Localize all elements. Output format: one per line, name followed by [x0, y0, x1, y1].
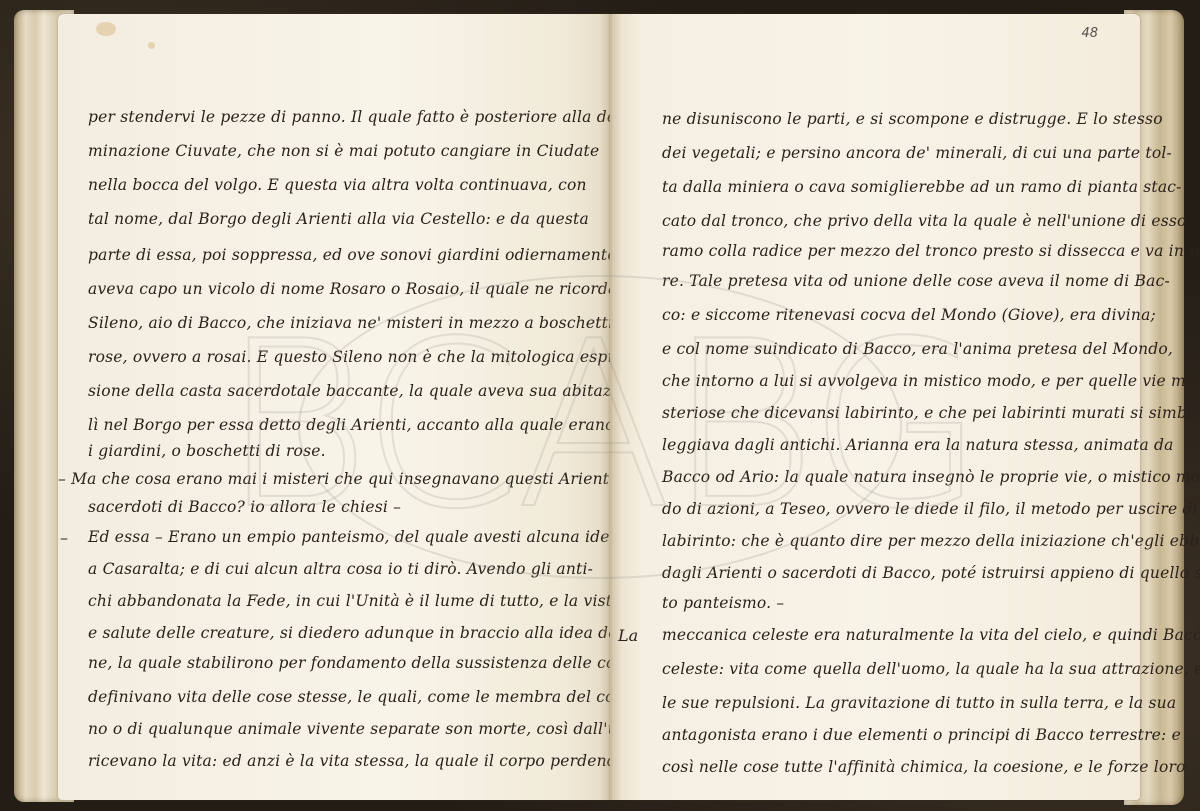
- manuscript-line: i giardini, o boschetti di rose.: [88, 442, 326, 460]
- manuscript-line: lì nel Borgo per essa detto degli Arient…: [88, 416, 615, 434]
- manuscript-line: ne, la quale stabilirono per fondamento …: [88, 654, 663, 672]
- manuscript-line: to panteismo. –: [662, 594, 784, 612]
- book-gutter: [600, 14, 622, 800]
- manuscript-line: e salute delle creature, si diedero adun…: [88, 624, 673, 642]
- manuscript-line: do di azioni, a Teseo, ovvero le diede i…: [662, 500, 1198, 518]
- manuscript-line: ne disuniscono le parti, e si scompone e…: [662, 110, 1163, 128]
- manuscript-line: no o di qualunque animale vivente separa…: [88, 720, 662, 738]
- margin-dash: –: [60, 528, 68, 547]
- manuscript-line: aveva capo un vicolo di nome Rosaro o Ro…: [88, 280, 618, 298]
- manuscript-line: Sileno, aio di Bacco, che iniziava ne' m…: [88, 314, 634, 332]
- manuscript-line: minazione Ciuvate, che non si è mai potu…: [88, 142, 599, 160]
- manuscript-line: e col nome suindicato di Bacco, era l'an…: [662, 340, 1173, 358]
- manuscript-line: definivano vita delle cose stesse, le qu…: [88, 688, 687, 706]
- left-page: per stendervi le pezze di panno. Il qual…: [58, 14, 610, 800]
- manuscript-line: Bacco od Ario: la quale natura insegnò l…: [662, 468, 1200, 486]
- foxing-stain: [96, 22, 116, 36]
- manuscript-line: le sue repulsioni. La gravitazione di tu…: [662, 694, 1176, 712]
- manuscript-line: nella bocca del volgo. E questa via altr…: [88, 176, 587, 194]
- foxing-stain: [148, 42, 155, 49]
- manuscript-line: leggiava dagli antichi. Arianna era la n…: [662, 436, 1174, 454]
- manuscript-line: parte di essa, poi soppressa, ed ove son…: [88, 246, 617, 264]
- manuscript-line: che intorno a lui si avvolgeva in mistic…: [662, 372, 1196, 390]
- manuscript-line: steriose che dicevansi labirinto, e che …: [662, 404, 1200, 422]
- manuscript-line: ricevano la vita: ed anzi è la vita stes…: [88, 752, 654, 770]
- manuscript-line: ta dalla miniera o cava somiglierebbe ad…: [662, 178, 1182, 196]
- manuscript-line: cato dal tronco, che privo della vita la…: [662, 212, 1187, 230]
- manuscript-line: sacerdoti di Bacco? io allora le chiesi …: [88, 498, 401, 516]
- manuscript-line: ramo colla radice per mezzo del tronco p…: [662, 242, 1200, 260]
- manuscript-line: dei vegetali; e persino ancora de' miner…: [662, 144, 1172, 162]
- book-spread: per stendervi le pezze di panno. Il qual…: [0, 0, 1200, 811]
- manuscript-line: labirinto: che è quanto dire per mezzo d…: [662, 532, 1200, 550]
- manuscript-line: rose, ovvero a rosai. E questo Sileno no…: [88, 348, 638, 366]
- manuscript-line: per stendervi le pezze di panno. Il qual…: [88, 108, 641, 126]
- manuscript-line: antagonista erano i due elementi o princ…: [662, 726, 1181, 744]
- manuscript-line: co: e siccome ritenevasi cocva del Mondo…: [662, 306, 1156, 324]
- manuscript-line: Ed essa – Erano un empio panteismo, del …: [88, 528, 619, 546]
- manuscript-line: re. Tale pretesa vita od unione delle co…: [662, 272, 1170, 290]
- manuscript-line: tal nome, dal Borgo degli Arienti alla v…: [88, 210, 589, 228]
- manuscript-line: così nelle cose tutte l'affinità chimica…: [662, 758, 1186, 776]
- right-page: 48 La ne disuniscono le parti, e si scom…: [610, 14, 1140, 800]
- manuscript-line: – Ma che cosa erano mai i misteri che qu…: [58, 470, 634, 488]
- page-number: 48: [1081, 26, 1098, 41]
- manuscript-line: meccanica celeste era naturalmente la vi…: [662, 626, 1200, 644]
- manuscript-line: celeste: vita come quella dell'uomo, la …: [662, 660, 1200, 678]
- manuscript-line: sione della casta sacerdotale baccante, …: [88, 382, 646, 400]
- manuscript-line: chi abbandonata la Fede, in cui l'Unità …: [88, 592, 622, 610]
- manuscript-line: dagli Arienti o sacerdoti di Bacco, poté…: [662, 564, 1200, 582]
- manuscript-line: a Casaralta; e di cui alcun altra cosa i…: [88, 560, 593, 578]
